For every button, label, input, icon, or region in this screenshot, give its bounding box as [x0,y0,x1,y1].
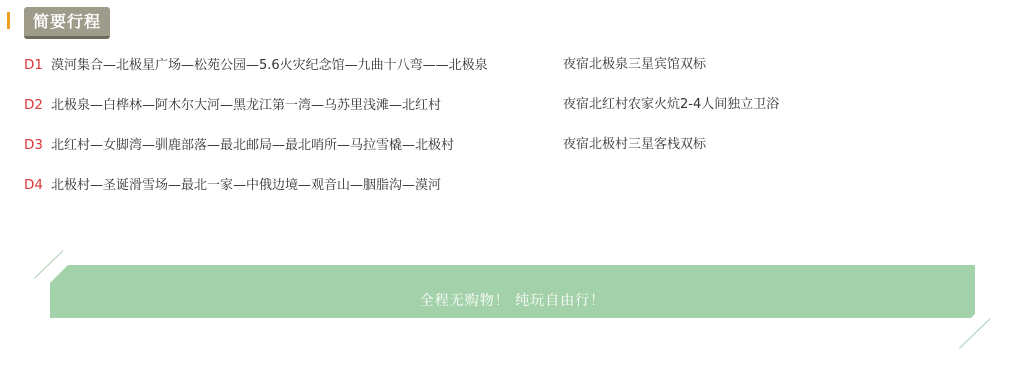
itinerary-row-d2: D2北极泉—白桦林—阿木尔大河—黑龙江第一湾—乌苏里浅滩—北红村 [24,95,441,115]
route-text: 北极泉—白桦林—阿木尔大河—黑龙江第一湾—乌苏里浅滩—北红村 [51,96,441,116]
itinerary-row-d3: D3北红村—女脚湾—驯鹿部落—最北邮局—最北哨所—马拉雪橇—北极村 [24,135,454,155]
hotel-text-d3: 夜宿北极村三星客栈双标 [563,135,706,155]
itinerary-row-d1: D1漠河集合—北极星广场—松苑公园—5.6火灾纪念馆—九曲十八弯——北极泉 [24,55,488,75]
section-title: 简要行程 [24,7,110,39]
hotel-text-d2: 夜宿北红村农家火炕2-4人间独立卫浴 [563,95,779,115]
promo-banner: 全程无购物！ 纯玩自由行！ [50,265,975,318]
day-label: D1 [24,55,51,75]
route-text: 北极村—圣诞滑雪场—最北一家—中俄边境—观音山—胭脂沟—漠河 [51,176,441,196]
day-label: D4 [24,175,51,195]
day-label: D2 [24,95,51,115]
accent-bar [7,12,10,29]
day-label: D3 [24,135,51,155]
hotel-text-d1: 夜宿北极泉三星宾馆双标 [563,55,706,75]
banner-text: 全程无购物！ 纯玩自由行！ [420,265,605,337]
route-text: 漠河集合—北极星广场—松苑公园—5.6火灾纪念馆—九曲十八弯——北极泉 [51,56,488,76]
itinerary-row-d4: D4北极村—圣诞滑雪场—最北一家—中俄边境—观音山—胭脂沟—漠河 [24,175,441,195]
route-text: 北红村—女脚湾—驯鹿部落—最北邮局—最北哨所—马拉雪橇—北极村 [51,136,454,156]
decorative-line-bottom-right [959,318,991,349]
